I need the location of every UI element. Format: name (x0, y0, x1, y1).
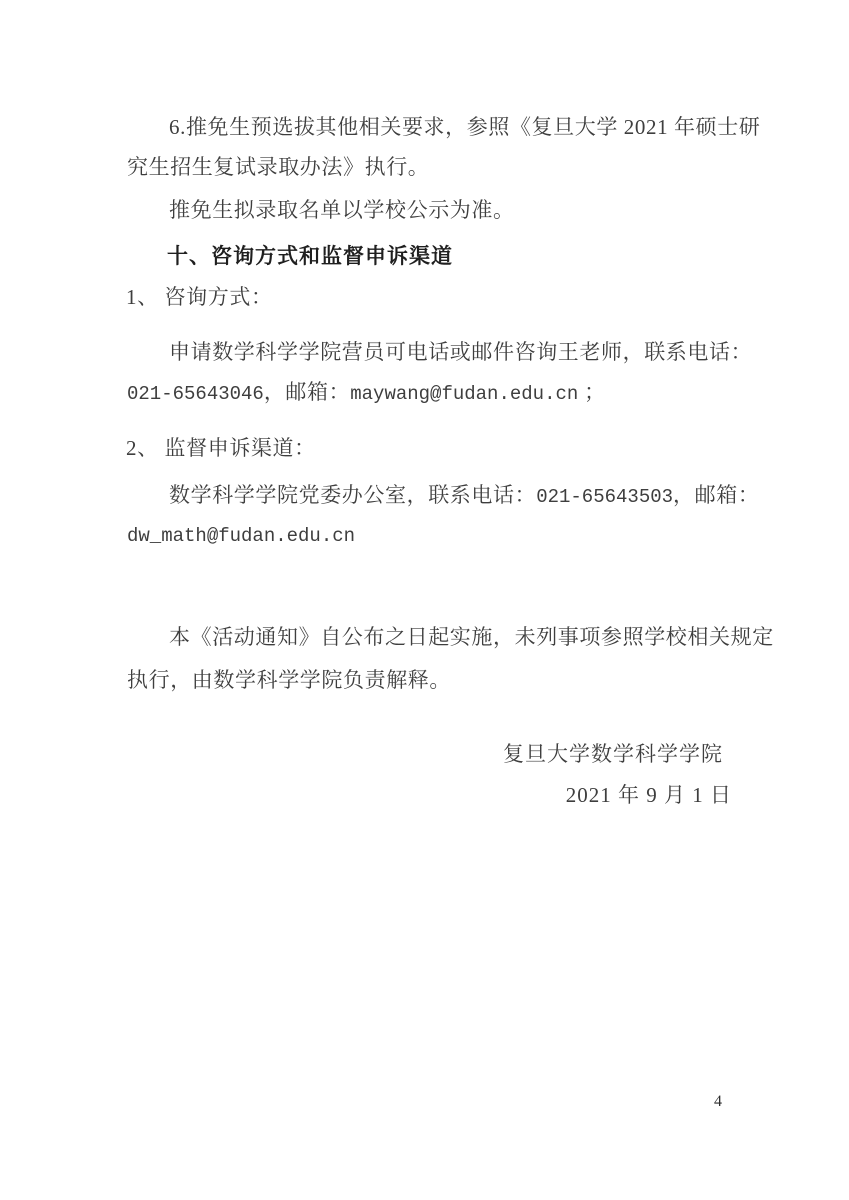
supervision-email: dw_math@fudan.edu.cn (127, 521, 355, 551)
list-item-2-supervision: 2、 监督申诉渠道： (126, 433, 316, 463)
signature-organization: 复旦大学数学科学学院 (503, 739, 723, 769)
consultation-email: maywang@fudan.edu.cn (350, 383, 578, 405)
consultation-email-label: ，邮箱： (264, 380, 350, 404)
list-item-1-consultation: 1、 咨询方式： (126, 282, 273, 312)
supervision-email-label: ，邮箱： (673, 483, 759, 507)
consultation-phone: 021-65643046 (127, 383, 264, 405)
closing-paragraph-line1: 本《活动通知》自公布之日起实施，未列事项参照学校相关规定 (169, 622, 774, 652)
consultation-line-end: ； (578, 380, 605, 404)
supervision-office-text: 数学科学学院党委办公室，联系电话： (169, 483, 536, 507)
para-exemption-requirements-line1: 6.推免生预选拔其他相关要求，参照《复旦大学 2021 年硕士研 (169, 112, 760, 142)
section-heading-consultation: 十、咨询方式和监督申诉渠道 (167, 242, 453, 272)
supervision-phone: 021-65643503 (536, 486, 673, 508)
document-page: 6.推免生预选拔其他相关要求，参照《复旦大学 2021 年硕士研 究生招生复试录… (0, 0, 849, 1200)
closing-paragraph-line2: 执行，由数学科学学院负责解释。 (127, 665, 451, 695)
para-admission-note: 推免生拟录取名单以学校公示为准。 (169, 195, 515, 225)
supervision-text-line1: 数学科学学院党委办公室，联系电话：021-65643503，邮箱： (169, 480, 759, 512)
signature-date: 2021 年 9 月 1 日 (566, 780, 732, 810)
page-number: 4 (706, 1091, 730, 1113)
consultation-text-line2: 021-65643046，邮箱：maywang@fudan.edu.cn ； (127, 377, 606, 409)
consultation-text-line1: 申请数学科学学院营员可电话或邮件咨询王老师，联系电话： (169, 337, 752, 367)
para-exemption-requirements-line2: 究生招生复试录取办法》执行。 (127, 152, 429, 182)
